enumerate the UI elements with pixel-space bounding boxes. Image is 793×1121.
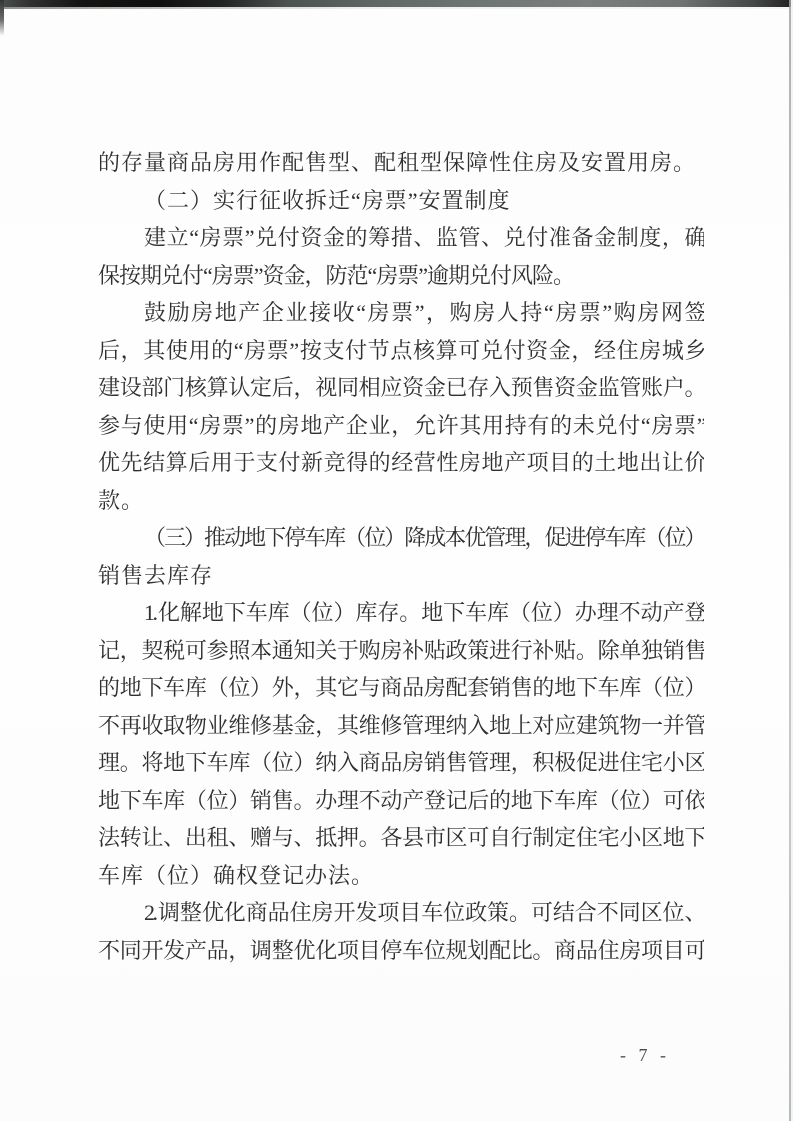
text-line-9: 优先结算后用于支付新竞得的经营性房地产项目的土地出让价 [98, 444, 704, 482]
text-line-16: 不再收取物业维修基金，其维修管理纳入地上对应建筑物一并管 [98, 707, 704, 745]
text-line-22: 不同开发产品，调整优化项目停车位规划配比。商品住房项目可 [98, 932, 704, 970]
text-line-14: 记，契税可参照本通知关于购房补贴政策进行补贴。除单独销售 [98, 632, 704, 670]
document-page: 的存量商品房用作配售型、配租型保障性住房及安置用房。 （二）实行征收拆迁“房票”… [0, 0, 793, 1121]
text-line-4: 保按期兑付“房票”资金，防范“房票”逾期兑付风险。 [98, 257, 704, 295]
text-line-6: 后，其使用的“房票”按支付节点核算可兑付资金，经住房城乡 [98, 332, 704, 370]
text-line-15: 的地下车库（位）外，其它与商品房配套销售的地下车库（位） [98, 669, 704, 707]
text-line-18: 地下车库（位）销售。办理不动产登记后的地下车库（位）可依 [98, 782, 704, 820]
scanner-edge-band-highlight [0, 7, 793, 9]
scan-corner-artifact [0, 0, 4, 36]
text-line-8: 参与使用“房票”的房地产企业，允许其用持有的未兑付“房票” [98, 407, 704, 445]
text-line-19: 法转让、出租、赠与、抵押。各县市区可自行制定住宅小区地下 [98, 819, 704, 857]
text-line-5: 鼓励房地产企业接收“房票”，购房人持“房票”购房网签 [98, 294, 704, 332]
text-line-1: 的存量商品房用作配售型、配租型保障性住房及安置用房。 [98, 144, 704, 182]
text-line-11-section-heading: （三）推动地下停车库（位）降成本优管理，促进停车库（位） [98, 519, 704, 557]
text-line-7: 建设部门核算认定后，视同相应资金已存入预售资金监管账户。 [98, 369, 704, 407]
text-line-13: 1.化解地下车库（位）库存。地下车库（位）办理不动产登 [98, 594, 704, 632]
text-line-20: 车库（位）确权登记办法。 [98, 857, 704, 895]
scanner-edge-band [0, 0, 793, 7]
text-line-10: 款。 [98, 482, 704, 520]
text-line-17: 理。将地下车库（位）纳入商品房销售管理，积极促进住宅小区 [98, 744, 704, 782]
page-number: - 7 - [620, 1045, 670, 1066]
text-line-3: 建立“房票”兑付资金的筹措、监管、兑付准备金制度，确 [98, 219, 704, 257]
body-text: 的存量商品房用作配售型、配租型保障性住房及安置用房。 （二）实行征收拆迁“房票”… [98, 144, 704, 969]
text-line-2-section-heading: （二）实行征收拆迁“房票”安置制度 [98, 182, 704, 220]
text-line-12-section-heading: 销售去库存 [98, 557, 704, 595]
text-line-21: 2.调整优化商品住房开发项目车位政策。可结合不同区位、 [98, 894, 704, 932]
